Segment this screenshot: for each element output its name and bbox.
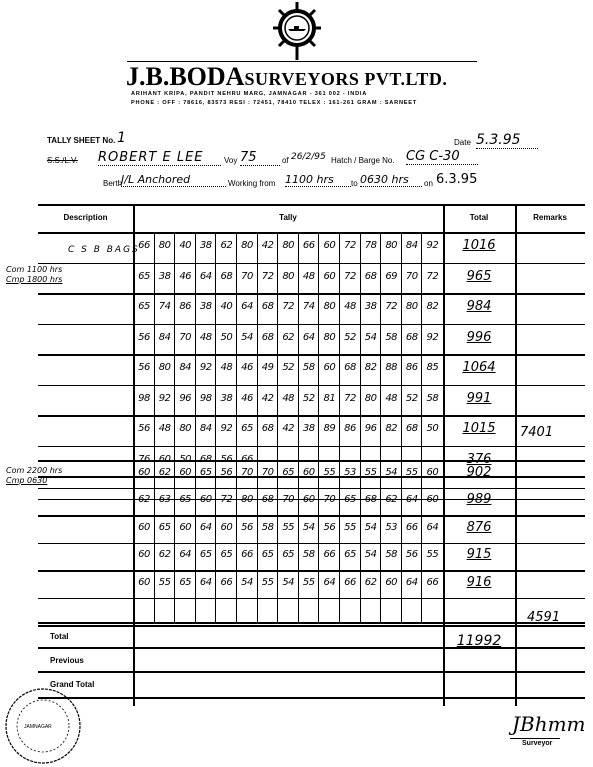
- tally-cell: 72: [278, 301, 298, 312]
- tally-cell: 42: [258, 393, 278, 404]
- tally-cell: 65: [340, 494, 360, 505]
- tally-cell: 55: [422, 549, 442, 560]
- tally-cell: 62: [361, 577, 381, 588]
- tally-cell: 80: [278, 271, 298, 282]
- tally-cell: 62: [155, 549, 175, 560]
- tally-cell: 52: [278, 362, 298, 373]
- tally-cell: 54: [381, 467, 401, 478]
- header-bottom-border: [38, 232, 585, 234]
- tally-cell: 72: [422, 271, 442, 282]
- row-total: 1015: [443, 421, 515, 436]
- tally-cell: 68: [258, 423, 278, 434]
- tally-cell: 96: [175, 393, 195, 404]
- tally-sheet-number: 1: [117, 130, 126, 146]
- tally-cell: 68: [402, 423, 422, 434]
- tally-cell: 65: [196, 467, 216, 478]
- tally-cell: 66: [216, 577, 236, 588]
- tally-cell: 52: [299, 393, 319, 404]
- row-total: 916: [443, 575, 515, 590]
- tally-cell: 66: [402, 522, 422, 533]
- tally-cell: 84: [402, 240, 422, 251]
- tally-cell: 48: [299, 271, 319, 282]
- row-divider: [38, 671, 585, 673]
- tally-cell: 58: [381, 332, 401, 343]
- tally-cell: 62: [134, 494, 154, 505]
- row-total: 965: [443, 269, 515, 284]
- tally-cell: 63: [155, 494, 175, 505]
- tally-cell: 64: [237, 301, 257, 312]
- tally-cell: 56: [216, 467, 236, 478]
- tally-cell: 53: [340, 467, 360, 478]
- tally-cell: 38: [361, 301, 381, 312]
- row-divider: [38, 488, 585, 490]
- tally-cell: 62: [278, 332, 298, 343]
- row-divider: [38, 415, 585, 417]
- tally-cell: 64: [319, 577, 339, 588]
- tally-cell: 60: [319, 271, 339, 282]
- tally-cell: 80: [361, 393, 381, 404]
- header-total: Total: [443, 213, 515, 222]
- tally-cell: 65: [196, 549, 216, 560]
- tally-cell: 56: [237, 522, 257, 533]
- tally-cell: 84: [155, 332, 175, 343]
- tally-cell: 65: [175, 494, 195, 505]
- description-item: C S B BAGS: [68, 245, 140, 255]
- surveyor-signature: JBhmm: [512, 712, 586, 736]
- tally-cell: 56: [216, 454, 236, 465]
- tally-cell: 82: [361, 362, 381, 373]
- tally-cell: 84: [175, 362, 195, 373]
- tally-cell: 48: [216, 362, 236, 373]
- tally-cell: 82: [381, 423, 401, 434]
- tally-cell: 38: [196, 240, 216, 251]
- tally-cell: 98: [134, 393, 154, 404]
- date-label: Date: [454, 138, 471, 147]
- row-total: 996: [443, 330, 515, 345]
- tally-cell: 50: [422, 423, 442, 434]
- tally-cell: 54: [278, 577, 298, 588]
- tally-cell: 54: [361, 332, 381, 343]
- tally-cell: 62: [155, 467, 175, 478]
- tally-cell: 38: [216, 393, 236, 404]
- tally-cell: 60: [175, 522, 195, 533]
- tally-cell: 60: [134, 522, 154, 533]
- tally-cell: 55: [258, 577, 278, 588]
- voy-value: 75: [240, 150, 280, 166]
- tally-cell: 66: [237, 454, 257, 465]
- tally-cell: 65: [258, 549, 278, 560]
- company-seal-stamp-icon: JAMNAGAR: [2, 686, 84, 766]
- tally-cell: 68: [258, 301, 278, 312]
- tally-cell: 38: [155, 271, 175, 282]
- tally-cell: 80: [381, 240, 401, 251]
- tally-cell: 49: [258, 362, 278, 373]
- tally-cell: 86: [340, 423, 360, 434]
- tally-cell: 55: [361, 467, 381, 478]
- tally-cell: 70: [402, 271, 422, 282]
- tally-cell: 68: [361, 271, 381, 282]
- tally-cell: 80: [319, 301, 339, 312]
- tally-cell: 72: [340, 393, 360, 404]
- tally-cell: 58: [381, 549, 401, 560]
- tally-cell: 53: [381, 522, 401, 533]
- tally-cell: 48: [340, 301, 360, 312]
- tally-cell: 80: [402, 301, 422, 312]
- tally-cell: 70: [175, 332, 195, 343]
- tally-cell: 65: [237, 423, 257, 434]
- row-divider: [38, 446, 585, 448]
- row-divider: [38, 263, 585, 265]
- tally-cell: 68: [258, 332, 278, 343]
- tally-cell: 55: [402, 467, 422, 478]
- company-phone: PHONE : OFF : 78616, 83573 RESI : 72451,…: [131, 100, 417, 106]
- tally-cell: 54: [237, 577, 257, 588]
- tally-cell: 65: [278, 549, 298, 560]
- row-divider: [38, 324, 585, 326]
- tally-cell: 55: [155, 577, 175, 588]
- tally-cell: 56: [134, 332, 154, 343]
- tally-cell: 60: [381, 577, 401, 588]
- tally-cell: 64: [402, 577, 422, 588]
- total-divider: [515, 204, 517, 706]
- tally-cell: 64: [196, 577, 216, 588]
- tally-cell: 60: [216, 522, 236, 533]
- footer-total-value: 11992: [443, 633, 515, 649]
- tally-cell: 64: [299, 332, 319, 343]
- tally-cell: 65: [134, 301, 154, 312]
- shift-note-2: Com 2200 hrs Cmp 0630: [6, 466, 62, 486]
- tally-cell: 66: [340, 577, 360, 588]
- group2-subtotal: 4591: [527, 610, 560, 625]
- tally-cell: 60: [422, 494, 442, 505]
- tally-cell: 68: [361, 494, 381, 505]
- tally-cell: 65: [155, 522, 175, 533]
- tally-cell: 72: [258, 271, 278, 282]
- tally-cell: 46: [175, 271, 195, 282]
- tally-cell: 52: [340, 332, 360, 343]
- working-from-label: Working from: [228, 179, 275, 188]
- surveyor-label: Surveyor: [522, 740, 552, 747]
- tally-cell: 54: [361, 549, 381, 560]
- on-label: on: [424, 179, 433, 188]
- tally-cell: 62: [216, 240, 236, 251]
- row-total: 876: [443, 520, 515, 535]
- tally-cell: 54: [299, 522, 319, 533]
- tally-cell: 62: [381, 494, 401, 505]
- vessel-name: ROBERT E LEE: [98, 150, 221, 166]
- company-initials: J.B.BODA: [126, 62, 244, 91]
- tally-cell: 38: [299, 423, 319, 434]
- row-total: 915: [443, 547, 515, 562]
- tally-cell: 72: [216, 494, 236, 505]
- row-total: 1064: [443, 360, 515, 375]
- tally-cell: 65: [134, 271, 154, 282]
- tally-cell: 54: [237, 332, 257, 343]
- row-divider: [38, 293, 585, 295]
- row-total: 1016: [443, 238, 515, 253]
- berth-value: J/L Anchored: [121, 173, 226, 187]
- tally-cell: 60: [134, 577, 154, 588]
- voy-label: Voy: [224, 156, 237, 165]
- tally-cell: 72: [381, 301, 401, 312]
- tally-cell: 82: [422, 301, 442, 312]
- of-date: 26/2/95: [291, 152, 326, 162]
- tally-cell: 70: [237, 271, 257, 282]
- tally-cell: 80: [278, 240, 298, 251]
- tally-cell: 60: [175, 467, 195, 478]
- tally-cell: 85: [422, 362, 442, 373]
- tally-cell: 64: [175, 549, 195, 560]
- tally-cell: 70: [319, 494, 339, 505]
- tally-cell: 50: [175, 454, 195, 465]
- tally-cell: 65: [278, 467, 298, 478]
- row-divider: [38, 570, 585, 572]
- tally-cell: 92: [196, 362, 216, 373]
- tally-cell: 56: [402, 549, 422, 560]
- tally-cell: 69: [381, 271, 401, 282]
- row-divider: [38, 385, 585, 387]
- tally-cell: 42: [278, 423, 298, 434]
- tally-cell: 58: [422, 393, 442, 404]
- working-to-value: 0630 hrs: [360, 173, 422, 187]
- tally-cell: 80: [237, 240, 257, 251]
- row-divider: [38, 622, 585, 624]
- tally-cell: 48: [196, 332, 216, 343]
- row-divider: [38, 625, 585, 627]
- row-total: 991: [443, 391, 515, 406]
- tally-cell: 70: [258, 467, 278, 478]
- tally-cell: 68: [340, 362, 360, 373]
- tally-cell: 89: [319, 423, 339, 434]
- svg-text:JAMNAGAR: JAMNAGAR: [24, 724, 52, 730]
- tally-cell: 48: [278, 393, 298, 404]
- row-total: 989: [443, 492, 515, 507]
- header-tally: Tally: [133, 213, 443, 222]
- tally-cell: 84: [196, 423, 216, 434]
- tally-cell: 80: [319, 332, 339, 343]
- tally-cell: 80: [155, 362, 175, 373]
- tally-cell: 64: [402, 494, 422, 505]
- berth-label: Berth: [103, 179, 122, 188]
- tally-cell: 68: [216, 271, 236, 282]
- tally-cell: 58: [258, 522, 278, 533]
- signature-line: [510, 738, 560, 739]
- row-divider: [38, 598, 585, 600]
- tally-cell: 66: [422, 577, 442, 588]
- tally-cell: 55: [278, 522, 298, 533]
- tally-cell: 60: [319, 362, 339, 373]
- tally-cell: 56: [134, 362, 154, 373]
- tally-cell: 58: [299, 362, 319, 373]
- row-divider: [38, 354, 585, 356]
- header-description: Description: [38, 213, 133, 222]
- footer-label-previous: Previous: [50, 656, 84, 665]
- group1-subtotal: 7401: [520, 425, 553, 440]
- tally-cell: 50: [216, 332, 236, 343]
- tally-cell: 70: [237, 467, 257, 478]
- tally-cell: 46: [237, 393, 257, 404]
- tally-cell: 96: [361, 423, 381, 434]
- tally-sheet-label: TALLY SHEET No.: [47, 136, 115, 145]
- tally-cell: 86: [175, 301, 195, 312]
- tally-cell: 86: [402, 362, 422, 373]
- tally-cell: 68: [196, 454, 216, 465]
- tally-cell: 38: [196, 301, 216, 312]
- tally-cell: 92: [155, 393, 175, 404]
- tally-cell: 60: [319, 240, 339, 251]
- tally-cell: 68: [402, 332, 422, 343]
- tally-cell: 66: [299, 240, 319, 251]
- tally-cell: 58: [299, 549, 319, 560]
- tally-cell: 65: [216, 549, 236, 560]
- company-name: J.B.BODASURVEYORS PVT.LTD.: [126, 62, 486, 92]
- tally-end-dash: [270, 461, 430, 462]
- tally-cell: 80: [237, 494, 257, 505]
- tally-cell: 60: [299, 467, 319, 478]
- vessel-label: S.S./L.V.: [47, 156, 78, 165]
- tally-cell: 64: [196, 271, 216, 282]
- date-value: 5.3.95: [476, 132, 538, 149]
- tally-cell: 48: [155, 423, 175, 434]
- tally-cell: 60: [134, 549, 154, 560]
- tally-cell: 55: [340, 522, 360, 533]
- tally-cell: 76: [134, 454, 154, 465]
- tally-cell: 56: [134, 423, 154, 434]
- row-divider: [38, 515, 585, 517]
- hatch-value: CG C-30: [406, 149, 478, 165]
- row-divider: [38, 543, 585, 545]
- row-divider: [38, 697, 585, 699]
- tally-cell: 52: [402, 393, 422, 404]
- tally-cell: 60: [155, 454, 175, 465]
- tally-cell: 40: [216, 301, 236, 312]
- tally-cell: 65: [340, 549, 360, 560]
- tally-cell: 60: [422, 467, 442, 478]
- tally-cell: 40: [175, 240, 195, 251]
- tally-cell: 48: [381, 393, 401, 404]
- tally-cell: 66: [237, 549, 257, 560]
- tally-cell: 81: [319, 393, 339, 404]
- tally-cell: 56: [319, 522, 339, 533]
- tally-cell: 66: [319, 549, 339, 560]
- tally-cell: 55: [299, 577, 319, 588]
- tally-cell: 98: [196, 393, 216, 404]
- table-top-border: [38, 204, 585, 206]
- tally-cell: 80: [175, 423, 195, 434]
- tally-cell: 64: [422, 522, 442, 533]
- working-from-value: 1100 hrs: [285, 173, 351, 187]
- tally-cell: 42: [258, 240, 278, 251]
- shift-note-1: Com 1100 hrs Cmp 1800 hrs: [6, 265, 62, 285]
- tally-cell: 78: [361, 240, 381, 251]
- tally-cell: 54: [361, 522, 381, 533]
- tally-cell: 74: [155, 301, 175, 312]
- row-total: 902: [443, 465, 515, 480]
- tally-cell: 88: [381, 362, 401, 373]
- row-total: 984: [443, 299, 515, 314]
- header-remarks: Remarks: [515, 213, 585, 222]
- hatch-label: Hatch / Barge No.: [331, 156, 395, 165]
- tally-cell: 65: [175, 577, 195, 588]
- tally-cell: 72: [340, 240, 360, 251]
- tally-cell: 64: [196, 522, 216, 533]
- tally-cell: 55: [319, 467, 339, 478]
- tally-cell: 46: [237, 362, 257, 373]
- footer-label-total: Total: [50, 632, 69, 641]
- tally-cell: 70: [278, 494, 298, 505]
- of-label: of: [282, 156, 289, 165]
- tally-cell: 60: [299, 494, 319, 505]
- ship-wheel-icon: [271, 2, 323, 60]
- to-label: to: [351, 179, 358, 188]
- tally-cell: 92: [422, 240, 442, 251]
- tally-cell: 92: [422, 332, 442, 343]
- company-name-rest: SURVEYORS PVT.LTD.: [244, 69, 447, 89]
- tally-cell: 80: [155, 240, 175, 251]
- tally-cell: 60: [134, 467, 154, 478]
- company-address: ARIHANT KRIPA, PANDIT NEHRU MARG, JAMNAG…: [131, 91, 367, 97]
- tally-cell: 74: [299, 301, 319, 312]
- tally-cell: 68: [258, 494, 278, 505]
- tally-cell: 72: [340, 271, 360, 282]
- tally-cell: 60: [196, 494, 216, 505]
- tally-cell: 92: [216, 423, 236, 434]
- on-date: 6.3.95: [436, 172, 477, 187]
